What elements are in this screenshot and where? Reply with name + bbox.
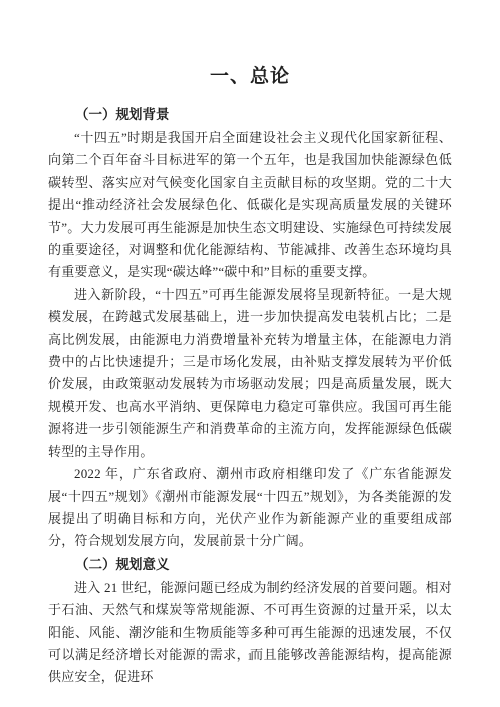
page-number: 1 bbox=[0, 652, 500, 663]
section-heading-background: （一）规划背景 bbox=[48, 103, 452, 127]
document-page: 一、总论 （一）规划背景 “十四五”时期是我国开启全面建设社会主义现代化国家新征… bbox=[0, 0, 500, 707]
paragraph-background-1: “十四五”时期是我国开启全面建设社会主义现代化国家新征程、向第二个百年奋斗目标进… bbox=[48, 127, 452, 284]
section-heading-significance: （二）规划意义 bbox=[48, 553, 452, 577]
page-title: 一、总论 bbox=[48, 64, 452, 90]
page-content: 一、总论 （一）规划背景 “十四五”时期是我国开启全面建设社会主义现代化国家新征… bbox=[0, 0, 500, 689]
paragraph-significance-1: 进入 21 世纪，能源问题已经成为制约经济发展的首要问题。相对于石油、天然气和煤… bbox=[48, 577, 452, 689]
paragraph-background-2: 进入新阶段，“十四五”可再生能源发展将呈现新特征。一是大规模发展，在跨越式发展基… bbox=[48, 284, 452, 463]
paragraph-background-3: 2022 年，广东省政府、潮州市政府相继印发了《广东省能源发展“十四五”规划》《… bbox=[48, 463, 452, 553]
